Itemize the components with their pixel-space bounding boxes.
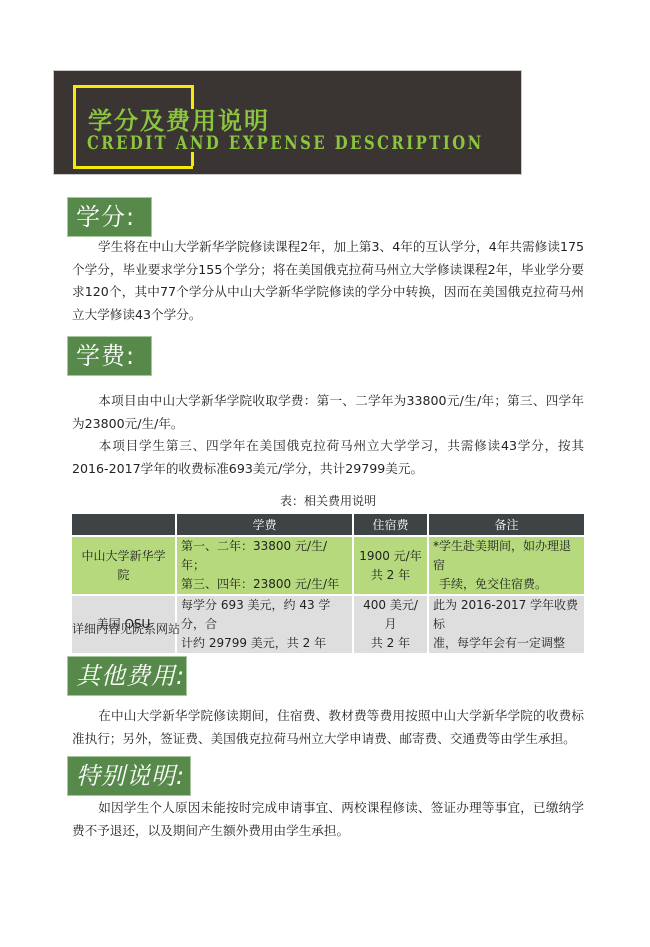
section-heading-credits: 学分: — [68, 198, 151, 236]
cell-institution: 中山大学新华学院 — [72, 537, 177, 596]
cell-tuition: 每学分 693 美元，约 43 学分，合 计约 29799 美元，共 2 年 — [177, 596, 354, 655]
table-row: 中山大学新华学院 第一、二年：33800 元/生/年； 第三、四年：23800 … — [72, 537, 584, 596]
cell-housing: 1900 元/年 共 2 年 — [354, 537, 429, 596]
website-note: 详细内容见院系网站 — [72, 620, 180, 638]
credits-text: 学生将在中山大学新华学院修读课程2年，加上第3、4年的互认学分，4年共需修读17… — [72, 239, 584, 322]
tuition-text-2: 本项目学生第三、四学年在美国俄克拉荷马州立大学学习，共需修读43学分，按其201… — [72, 438, 584, 476]
table-header-institution — [72, 514, 177, 537]
cell-line: 第一、二年：33800 元/生/年； — [181, 537, 348, 575]
table-header-remarks: 备注 — [429, 514, 584, 537]
other-fees-text: 在中山大学新华学院修读期间，住宿费、教材费等费用按照中山大学新华学院的收费标准执… — [72, 708, 584, 746]
cell-line: 计约 29799 美元，共 2 年 — [181, 634, 348, 653]
table-header-row: 学费 住宿费 备注 — [72, 514, 584, 537]
table-header-housing: 住宿费 — [354, 514, 429, 537]
cell-line: 手续，免交住宿费。 — [433, 575, 580, 594]
cell-line: *学生赴美期间，如办理退宿 — [433, 537, 580, 575]
banner-title-english: CREDIT AND EXPENSE DESCRIPTION — [87, 131, 484, 155]
cell-line: 每学分 693 美元，约 43 学分，合 — [181, 596, 348, 634]
other-fees-paragraph: 在中山大学新华学院修读期间，住宿费、教材费等费用按照中山大学新华学院的收费标准执… — [72, 705, 584, 750]
cell-line: 400 美元/月 — [358, 596, 423, 634]
table-header-tuition: 学费 — [177, 514, 354, 537]
table-caption: 表：相关费用说明 — [72, 492, 584, 510]
cell-remarks: *学生赴美期间，如办理退宿 手续，免交住宿费。 — [429, 537, 584, 596]
special-notes-text: 如因学生个人原因未能按时完成申请事宜、两校课程修读、签证办理等事宜，已缴纳学费不… — [72, 800, 584, 838]
tuition-text-1: 本项目由中山大学新华学院收取学费：第一、二学年为33800元/生/年；第三、四学… — [72, 393, 584, 431]
title-banner: 学分及费用说明 CREDIT AND EXPENSE DESCRIPTION — [54, 71, 521, 174]
cell-line: 1900 元/年 — [358, 547, 423, 566]
cell-line: 第三、四年：23800 元/生/年 — [181, 575, 348, 594]
cell-remarks: 此为 2016-2017 学年收费标 准，每学年会有一定调整 — [429, 596, 584, 655]
cell-line: 此为 2016-2017 学年收费标 — [433, 596, 580, 634]
section-heading-special-notes: 特别说明: — [68, 757, 190, 795]
cell-line: 共 2 年 — [358, 634, 423, 653]
credits-paragraph: 学生将在中山大学新华学院修读课程2年，加上第3、4年的互认学分，4年共需修读17… — [72, 236, 584, 326]
cell-line: 准，每学年会有一定调整 — [433, 634, 580, 653]
section-heading-tuition: 学费: — [68, 337, 151, 375]
tuition-paragraph-1: 本项目由中山大学新华学院收取学费：第一、二学年为33800元/生/年；第三、四学… — [72, 390, 584, 435]
special-notes-paragraph: 如因学生个人原因未能按时完成申请事宜、两校课程修读、签证办理等事宜，已缴纳学费不… — [72, 797, 584, 842]
cell-housing: 400 美元/月 共 2 年 — [354, 596, 429, 655]
tuition-paragraph-2: 本项目学生第三、四学年在美国俄克拉荷马州立大学学习，共需修读43学分，按其201… — [72, 435, 584, 480]
cell-line: 共 2 年 — [358, 566, 423, 585]
cell-tuition: 第一、二年：33800 元/生/年； 第三、四年：23800 元/生/年 — [177, 537, 354, 596]
section-heading-other-fees: 其他费用: — [68, 657, 186, 695]
